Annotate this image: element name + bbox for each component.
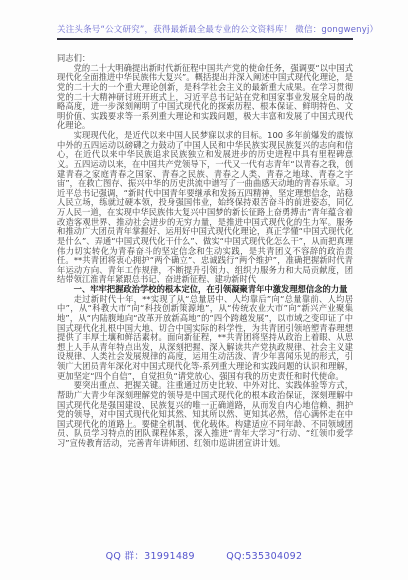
paragraph-1: 党的二十大明确提出新时代新征程中国共产党的使命任务，强调要“以中国式现代化全面推… [57, 64, 353, 131]
document-page: 关注头条号“公文研究”，获得最新最全最专业的公文资料库！ 微信：gongweny… [0, 0, 408, 580]
paragraph-3: 走过新时代十年，**实现了从“总量居中、人均靠后”向“总量靠前、人均居中”，从“… [57, 295, 353, 382]
page-footer-contacts: QQ 群：31991489 QQ:535304092 [0, 548, 408, 562]
qq-number: QQ:535304092 [226, 551, 302, 562]
header-notice-text: 关注头条号“公文研究”，获得最新最全最专业的公文资料库！ 微信：gongweny… [57, 25, 378, 35]
paragraph-2: 实现现代化，是近代以来中国人民梦寐以求的目标。100 多年前爆发的震惊中外的五四… [57, 131, 353, 285]
document-body: 同志们： 党的二十大明确提出新时代新征程中国共产党的使命任务，强调要“以中国式现… [57, 54, 353, 449]
page-header-banner: 关注头条号“公文研究”，获得最新最全最专业的公文资料库！ 微信：gongweny… [57, 24, 353, 40]
paragraph-4: 要突出重点、把握关键。注重通过历史比较、中外对比、实践体验等方式，帮助广大青少年… [57, 381, 353, 448]
qq-group-number: QQ 群：31991489 [106, 551, 195, 562]
